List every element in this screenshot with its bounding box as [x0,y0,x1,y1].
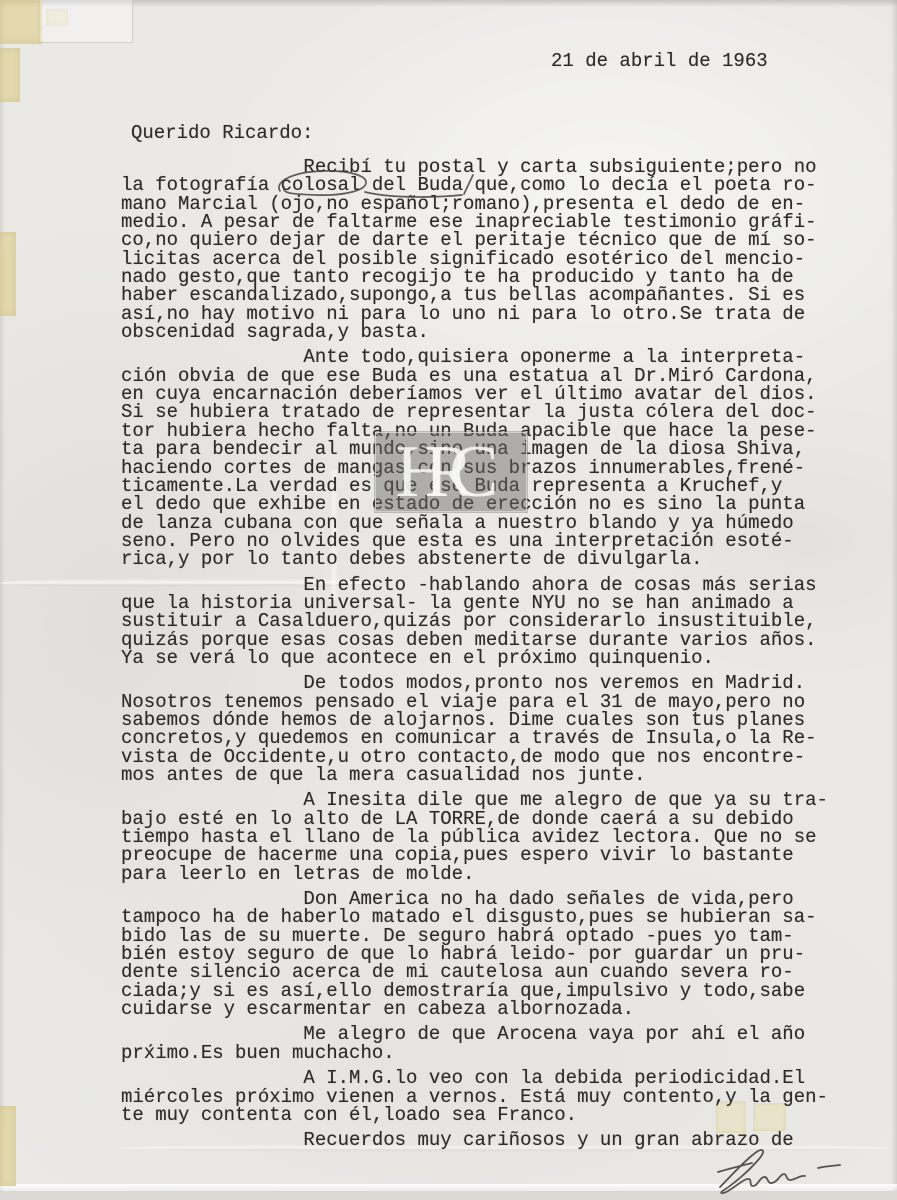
date-line: 21 de abril de 1963 [551,52,768,70]
paper-edge-left [0,0,5,1200]
letter-body: Recibí tu postal y carta subsiguiente;pe… [121,158,851,1157]
tape-patch [0,48,20,102]
typed-line: mos antes de que la mera casualidad nos … [121,766,851,784]
hrc-watermark: HRC [375,432,527,512]
paragraph: Don America no ha dado señales de vida,p… [121,890,851,1018]
tape-patch [0,232,16,316]
typed-line: co,no quiero dejar de darte el peritaje … [121,231,851,249]
typed-line: preocupe de hacerme una copia,pues esper… [121,846,851,864]
typed-line: Ya se verá lo que acontece en el próximo… [121,649,851,667]
typed-line: sustituir a Casalduero,quizás por consid… [121,612,851,630]
pen-annotation-circle [268,168,498,208]
typed-line: haber escandalizado,supongo,a tus bellas… [121,286,851,304]
paragraph: A Inesita dile que me alegro de que ya s… [121,791,851,883]
typed-line: A I.M.G.lo veo con la debida periodicida… [121,1069,851,1087]
paragraph: En efecto -hablando ahora de cosas más s… [121,576,851,668]
typed-line: te muy contenta con él,loado sea Franco. [121,1106,851,1124]
tape-patch [0,0,42,44]
salutation: Querido Ricardo: [131,124,313,142]
paper-edge-top [0,0,897,7]
hrc-watermark-text: HRC [395,435,498,509]
paragraph: A I.M.G.lo veo con la debida periodicida… [121,1069,851,1124]
typed-line: concretos,y quedemos en comunicar a trav… [121,729,851,747]
tape-patch-clear [40,0,133,43]
typed-line: prx́imo.Es buen muchacho. [121,1044,851,1062]
typed-line: De todos modos,pronto nos veremos en Mad… [121,674,851,692]
typed-line: para leerlo en letras de molde. [121,865,851,883]
typed-line: A Inesita dile que me alegro de que ya s… [121,791,851,809]
typed-line: obscenidad sagrada,y basta. [121,323,851,341]
typed-line: tampoco ha de haberlo matado el disgusto… [121,908,851,926]
paragraph: De todos modos,pronto nos veremos en Mad… [121,674,851,784]
paragraph: Me alegro de que Arocena vaya por ahí el… [121,1025,851,1062]
typed-line: cuidarse y escarmentar en cabeza alborno… [121,1000,851,1018]
signature-scrawl [714,1146,854,1196]
tape-patch [0,1106,16,1186]
paper-edge-right [891,0,897,1200]
typed-line: rica,y por lo tanto debes abstenerte de … [121,550,851,568]
letter-page: 21 de abril de 1963 Querido Ricardo: Rec… [0,0,897,1200]
